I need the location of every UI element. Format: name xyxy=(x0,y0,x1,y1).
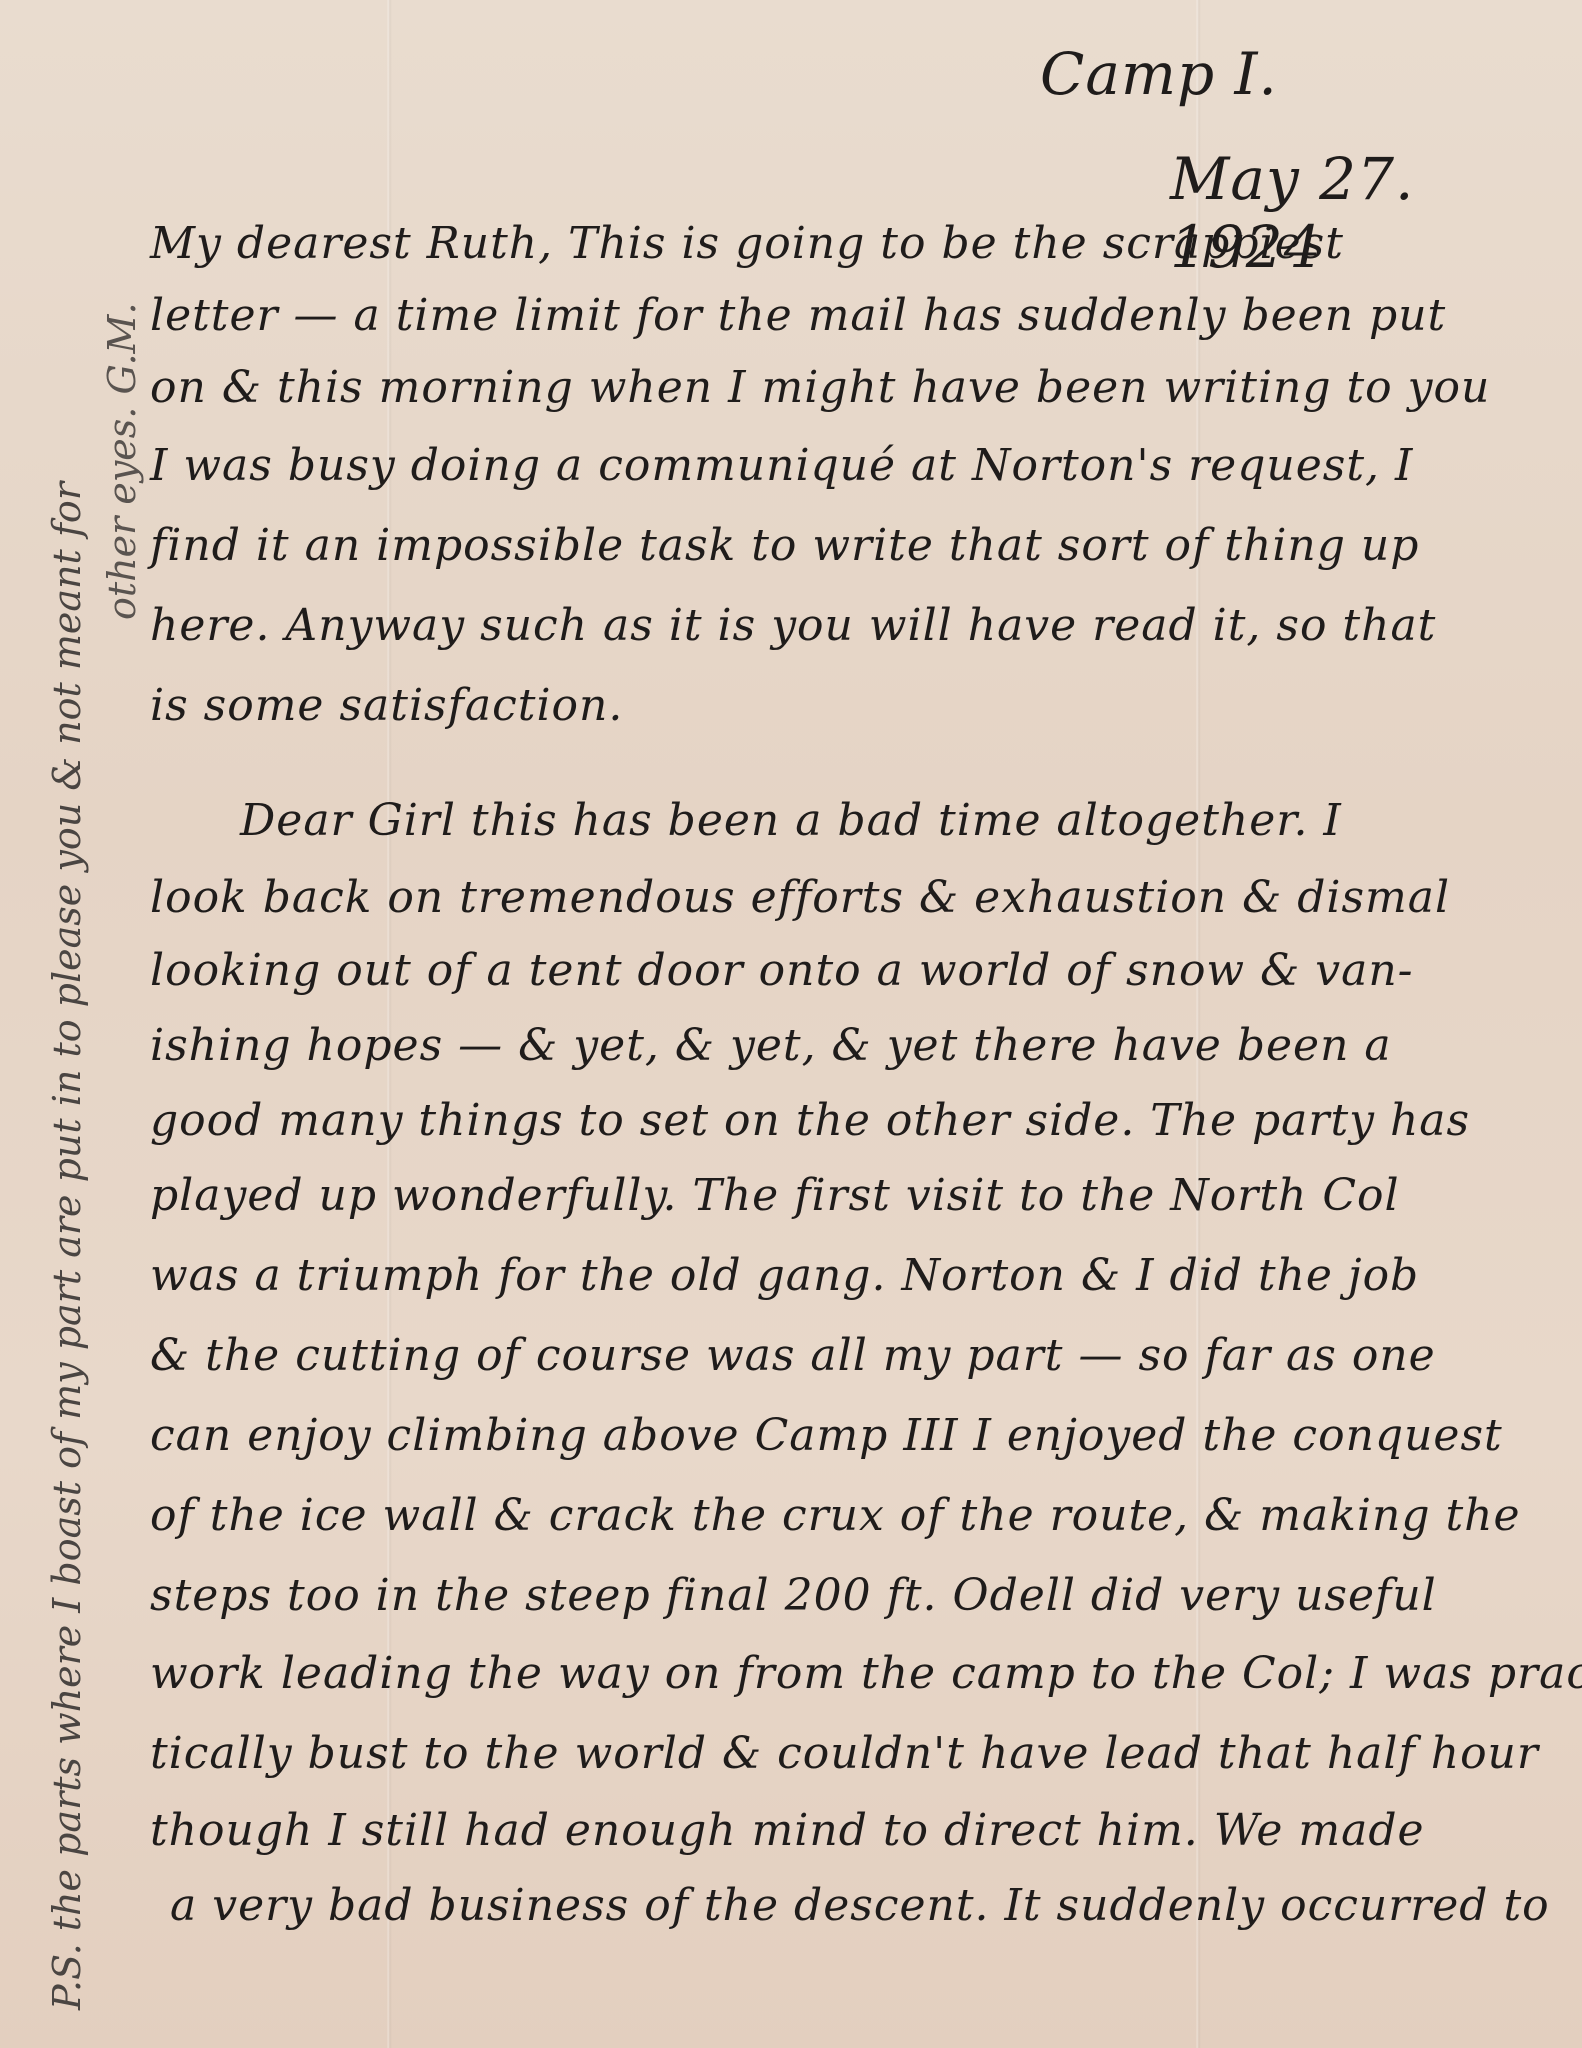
letter-line: good many things to set on the other sid… xyxy=(150,1095,1470,1146)
letter-place: Camp I. xyxy=(1040,40,1278,108)
letter-line: look back on tremendous efforts & exhaus… xyxy=(150,872,1450,923)
letter-line: letter — a time limit for the mail has s… xyxy=(150,290,1446,341)
letter-line: work leading the way on from the camp to… xyxy=(150,1648,1582,1699)
letter-line: of the ice wall & crack the crux of the … xyxy=(150,1490,1521,1541)
letter-line: & the cutting of course was all my part … xyxy=(150,1330,1436,1381)
margin-postscript-continued: other eyes. G.M. xyxy=(100,302,144,620)
letter-line: though I still had enough mind to direct… xyxy=(150,1805,1425,1856)
letter-page: Camp I. May 27. 1924 My dearest Ruth, Th… xyxy=(0,0,1582,2048)
letter-line: is some satisfaction. xyxy=(150,680,623,731)
letter-line: played up wonderfully. The first visit t… xyxy=(150,1170,1400,1221)
letter-line: I was busy doing a communiqué at Norton'… xyxy=(150,440,1413,491)
letter-line: can enjoy climbing above Camp III I enjo… xyxy=(150,1410,1503,1461)
letter-line: looking out of a tent door onto a world … xyxy=(150,945,1414,996)
letter-line: Dear Girl this has been a bad time altog… xyxy=(240,795,1342,846)
letter-line: find it an impossible task to write that… xyxy=(150,520,1419,571)
letter-line: My dearest Ruth, This is going to be the… xyxy=(150,218,1344,269)
letter-line: here. Anyway such as it is you will have… xyxy=(150,600,1436,651)
letter-line: ishing hopes — & yet, & yet, & yet there… xyxy=(150,1020,1392,1071)
letter-line: steps too in the steep final 200 ft. Ode… xyxy=(150,1570,1437,1621)
letter-line: a very bad business of the descent. It s… xyxy=(170,1880,1550,1931)
letter-line: on & this morning when I might have been… xyxy=(150,362,1490,413)
margin-postscript: P.S. the parts where I boast of my part … xyxy=(45,482,89,2010)
letter-line: was a triumph for the old gang. Norton &… xyxy=(150,1250,1419,1301)
letter-line: tically bust to the world & couldn't hav… xyxy=(150,1728,1539,1779)
